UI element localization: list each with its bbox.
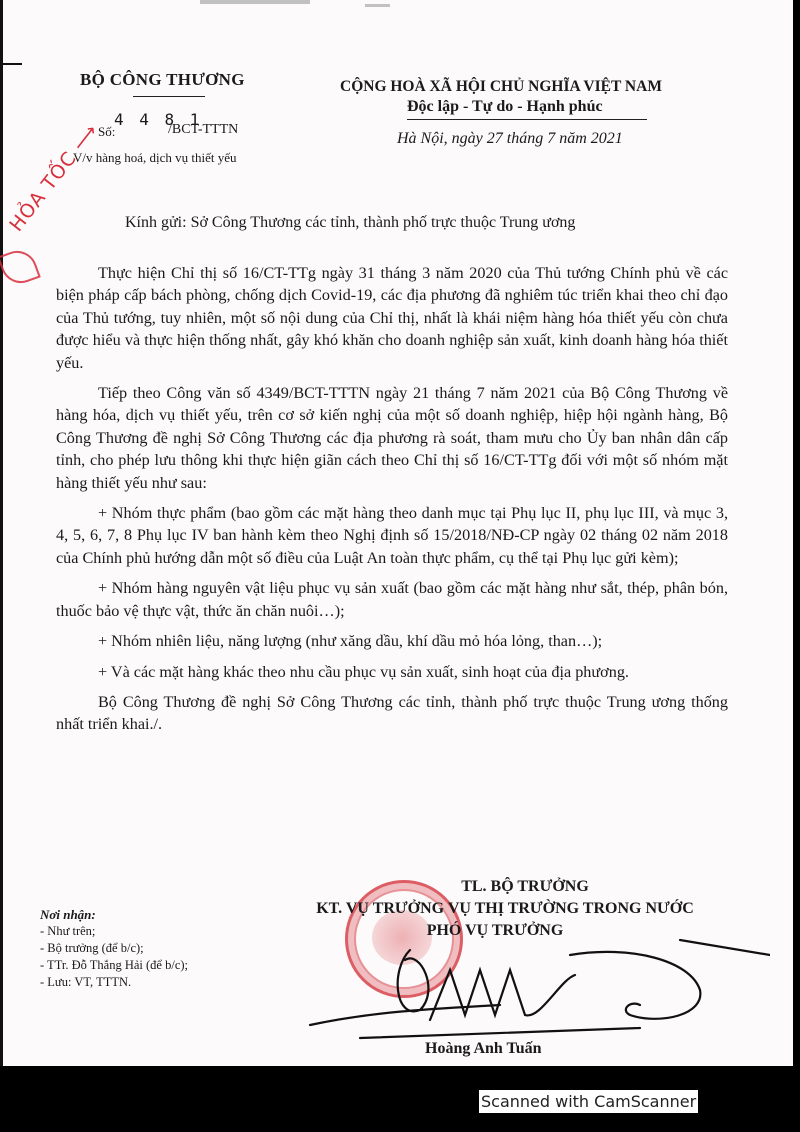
recipient-item: - Lưu: VT, TTTN. [40, 974, 188, 991]
bullet-item: + Nhóm nhiên liệu, năng lượng (như xăng … [56, 630, 728, 652]
recipient-item: - Bộ trưởng (để b/c); [40, 940, 188, 957]
signature-department: KT. VỤ TRƯỞNG VỤ THỊ TRƯỜNG TRONG NƯỚC [250, 898, 760, 920]
recipient-item: - TTr. Đỗ Thắng Hải (để b/c); [40, 957, 188, 974]
urgent-stamp-text: HỎA TỐC [5, 147, 81, 235]
scan-edge-mark [0, 63, 22, 65]
salutation: Kính gửi: Sở Công Thương các tỉnh, thành… [125, 214, 575, 232]
urgent-stamp: HỎA TỐC ⟶ [5, 119, 103, 235]
document-code: /BCT-TTTN [168, 122, 238, 138]
paragraph: Tiếp theo Công văn số 4349/BCT-TTTN ngày… [56, 382, 728, 494]
agency-name: BỘ CÔNG THƯƠNG [80, 70, 245, 90]
recipients-block: Nơi nhận: - Như trên; - Bộ trưởng (để b/… [40, 906, 188, 991]
bullet-item: + Nhóm hàng nguyên vật liệu phục vụ sản … [56, 577, 728, 622]
scan-edge [0, 0, 3, 1066]
document-body: Thực hiện Chỉ thị số 16/CT-TTg ngày 31 t… [56, 262, 728, 744]
recipients-title: Nơi nhận: [40, 906, 188, 923]
scan-artifact [200, 0, 310, 4]
bullet-item: + Và các mặt hàng khác theo nhu cầu phục… [56, 661, 728, 683]
camscanner-watermark: Scanned with CamScanner [479, 1090, 698, 1113]
national-motto: Độc lập - Tự do - Hạnh phúc [407, 98, 603, 116]
scan-artifact [365, 4, 390, 7]
agency-underline [133, 96, 205, 97]
signature-authority: TL. BỘ TRƯỞNG [290, 876, 760, 898]
document-subject: V/v hàng hoá, dịch vụ thiết yếu [73, 150, 237, 166]
paragraph: Thực hiện Chỉ thị số 16/CT-TTg ngày 31 t… [56, 262, 728, 374]
closing-paragraph: Bộ Công Thương đề nghị Sở Công Thương cá… [56, 691, 728, 736]
handwritten-signature [300, 930, 770, 1040]
signer-name: Hoàng Anh Tuấn [425, 1040, 542, 1058]
document-page: BỘ CÔNG THƯƠNG 4 4 8 1 Số: /BCT-TTTN V/v… [0, 0, 793, 1066]
place-date: Hà Nội, ngày 27 tháng 7 năm 2021 [397, 130, 623, 148]
national-title: CỘNG HOÀ XÃ HỘI CHỦ NGHĨA VIỆT NAM [340, 78, 662, 96]
arrow-feather-icon [0, 245, 41, 289]
motto-underline [407, 119, 647, 120]
recipient-item: - Như trên; [40, 923, 188, 940]
bullet-item: + Nhóm thực phẩm (bao gồm các mặt hàng t… [56, 502, 728, 569]
